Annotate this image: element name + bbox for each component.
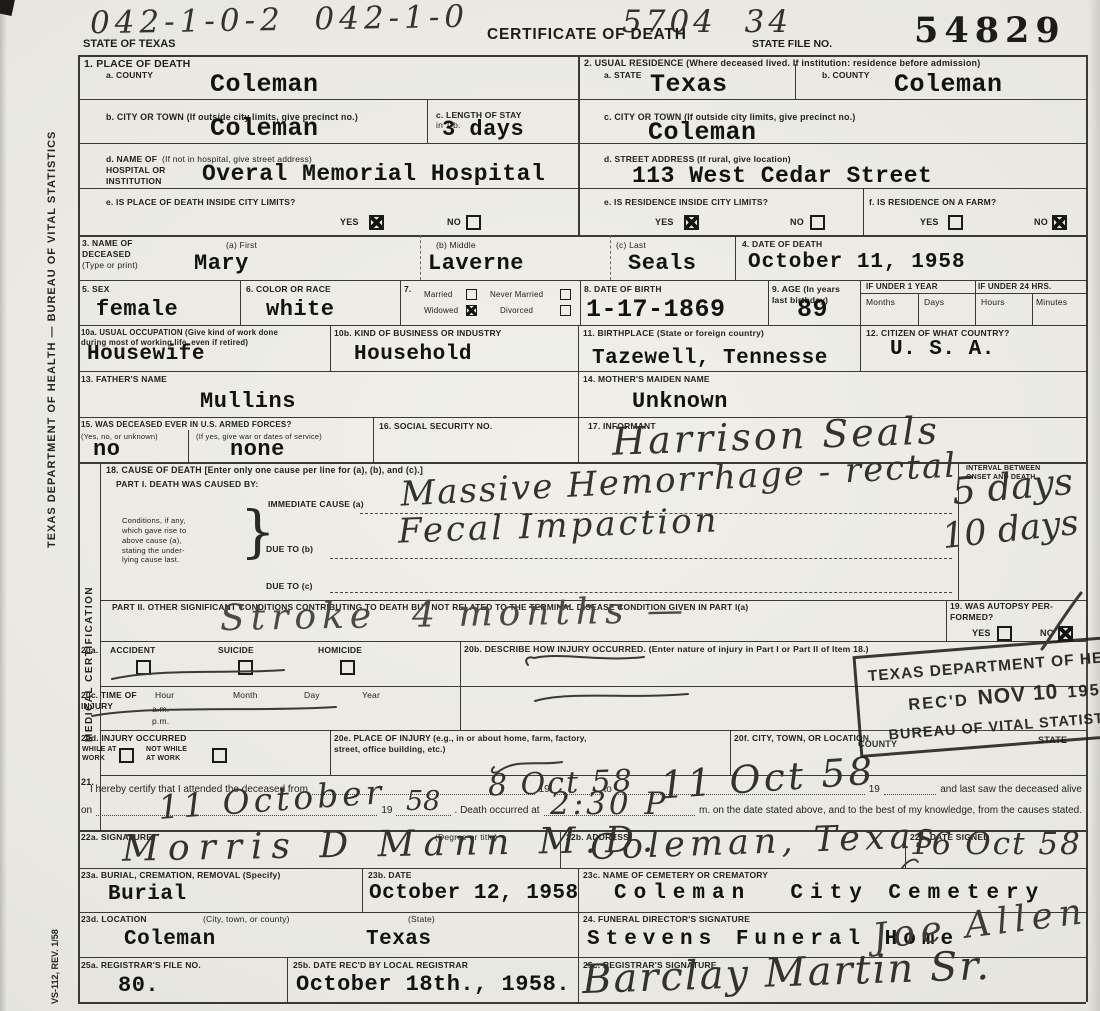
location-city-value: Coleman <box>124 928 216 951</box>
part2-value: Stroke 4 months — <box>220 590 690 639</box>
place-limits-yes-label: YES <box>340 217 359 229</box>
year-handwritten: 58 <box>406 786 440 817</box>
checkbox-residence-limits-yes <box>684 215 699 230</box>
grid-line <box>78 99 1086 100</box>
while-at-work-label: WHILE AT WORK <box>82 745 117 763</box>
cause-of-death-label: 18. CAUSE OF DEATH [Enter only one cause… <box>106 465 423 476</box>
checkbox-place-limits-no <box>466 215 481 230</box>
grid-line <box>400 280 401 325</box>
hour-label: Hour <box>155 690 174 701</box>
father-name-label: 13. FATHER'S NAME <box>81 374 167 385</box>
date-of-death-value: October 11, 1958 <box>748 251 966 274</box>
grid-line <box>330 325 331 371</box>
grid-line <box>78 55 1086 57</box>
grid-line <box>863 188 864 235</box>
location-state-hint: (State) <box>408 914 435 925</box>
item-20a-label: 20a. <box>81 645 98 656</box>
registrar-file-label: 25a. REGISTRAR'S FILE NO. <box>81 960 201 971</box>
state-file-number: 54829 <box>914 10 1066 51</box>
mother-name-value: Unknown <box>632 389 728 414</box>
grid-line <box>420 235 421 280</box>
registrar-date-value: October 18th., 1958. <box>296 972 570 997</box>
checkbox-farm-yes <box>948 215 963 230</box>
date-signed-handwritten: 16 Oct 58 <box>910 826 1082 862</box>
month-label: Month <box>233 690 258 701</box>
grid-line <box>78 280 1086 281</box>
cemetery-label: 23c. NAME OF CEMETERY OR CREMATORY <box>583 870 768 881</box>
grid-line <box>100 641 1086 642</box>
place-county-label: a. COUNTY <box>106 70 153 81</box>
residence-county-label: b. COUNTY <box>822 70 870 81</box>
grid-line <box>1032 293 1033 325</box>
grid-line <box>610 235 611 280</box>
farm-label: f. IS RESIDENCE ON A FARM? <box>869 197 996 208</box>
stamp-line2: REC'D NOV 10 1958 <box>907 676 1100 716</box>
part1-label: PART I. DEATH WAS CAUSED BY: <box>116 479 259 490</box>
checkbox-married <box>466 289 477 300</box>
occupation-value: Housewife <box>87 343 205 366</box>
hospital-label: d. NAME OF HOSPITAL OR INSTITUTION <box>106 154 166 187</box>
grid-line <box>1086 55 1088 1002</box>
farm-no-label: NO <box>1034 217 1048 229</box>
conditions-brace: } <box>240 500 276 565</box>
days-label: Days <box>924 297 944 308</box>
grid-line <box>578 417 579 462</box>
checkbox-accident <box>136 660 151 675</box>
last-name-value: Seals <box>628 251 697 276</box>
certify-text-6: on <box>81 805 92 816</box>
fill-line <box>330 558 952 559</box>
grid-line <box>427 99 428 143</box>
state-of-texas-label: STATE OF TEXAS <box>83 38 176 50</box>
medical-certification-vertical: MEDICAL CERTIFICATION <box>84 586 95 742</box>
location-city-hint: (City, town, or county) <box>203 914 290 925</box>
checkbox-not-while-at-work <box>212 748 227 763</box>
grid-line <box>975 280 976 325</box>
grid-line <box>768 280 769 325</box>
attended-to-handwritten: 11 Oct 58 <box>659 749 877 808</box>
grid-line <box>373 417 374 462</box>
stamp-year: 1958 <box>1067 680 1100 702</box>
residence-limits-yes-label: YES <box>655 217 674 229</box>
first-name-value: Mary <box>194 251 249 276</box>
grid-line <box>78 868 1086 869</box>
hours-label: Hours <box>981 297 1005 308</box>
stamp-recd: REC'D <box>908 691 970 715</box>
grid-line <box>735 235 736 280</box>
grid-line <box>100 462 101 830</box>
checkbox-farm-no <box>1052 215 1067 230</box>
grid-line <box>918 293 919 325</box>
burial-date-value: October 12, 1958 <box>369 882 579 905</box>
farm-yes-label: YES <box>920 217 939 229</box>
margin-form-code: VS-112, REV. 1/58 <box>50 929 60 1004</box>
date-of-birth-value: 1-17-1869 <box>586 295 726 324</box>
armed-forces-service-value: none <box>230 437 285 462</box>
immediate-cause-label: IMMEDIATE CAUSE (a) <box>268 499 364 510</box>
divorced-label: Divorced <box>500 306 533 316</box>
registrar-file-value: 80. <box>118 973 159 998</box>
months-label: Months <box>866 297 895 308</box>
describe-injury-label: 20b. DESCRIBE HOW INJURY OCCURRED. (Ente… <box>464 644 869 655</box>
physician-signature: Morris D Mann M.D. <box>122 819 663 869</box>
injury-20b-stroke <box>526 656 644 665</box>
stamp-date: NOV 10 <box>977 680 1059 710</box>
burial-date-label: 23b. DATE <box>368 870 412 881</box>
sex-value: female <box>96 297 178 322</box>
funeral-director-label: 24. FUNERAL DIRECTOR'S SIGNATURE <box>583 914 750 925</box>
checkbox-place-limits-yes <box>369 215 384 230</box>
residence-limits-label: e. IS RESIDENCE INSIDE CITY LIMITS? <box>604 197 768 208</box>
accident-label: ACCIDENT <box>110 645 156 656</box>
hospital-value: Overal Memorial Hospital <box>202 161 545 187</box>
autopsy-label: 19. WAS AUTOPSY PER- FORMED? <box>950 601 1053 623</box>
widowed-label: Widowed <box>424 306 458 316</box>
grid-line <box>860 293 1086 294</box>
not-while-at-work-label: NOT WHILE AT WORK <box>146 745 187 763</box>
injury-occurred-label: 20d. INJURY OCCURRED <box>81 733 187 744</box>
industry-value: Household <box>354 343 472 366</box>
first-name-label: (a) First <box>226 240 257 251</box>
due-to-b-label: DUE TO (b) <box>266 544 313 555</box>
middle-name-label: (b) Middle <box>436 240 476 251</box>
time-of-injury-label: 20c. TIME OF INJURY <box>81 690 137 712</box>
grid-line <box>240 280 241 325</box>
place-of-injury-label: 20e. PLACE OF INJURY (e.g., in or about … <box>334 733 587 755</box>
citizen-value: U. S. A. <box>890 338 995 361</box>
residence-limits-no-label: NO <box>790 217 804 229</box>
checkbox-widowed <box>466 305 477 316</box>
birthplace-label: 11. BIRTHPLACE (State or foreign country… <box>583 328 764 339</box>
year-label: Year <box>362 690 380 701</box>
last-name-label: (c) Last <box>616 240 646 251</box>
grid-line <box>78 143 1086 144</box>
street-address-value: 113 West Cedar Street <box>632 163 932 189</box>
grid-line <box>460 641 461 730</box>
married-label: Married <box>424 290 453 300</box>
length-of-stay-value: 3 days <box>442 117 524 142</box>
injury-city-label: 20f. CITY, TOWN, OR LOCATION <box>734 733 869 744</box>
place-limits-label: e. IS PLACE OF DEATH INSIDE CITY LIMITS? <box>106 197 296 208</box>
due-to-c-label: DUE TO (c) <box>266 581 313 592</box>
ssn-label: 16. SOCIAL SECURITY NO. <box>379 421 492 432</box>
autopsy-no-label: NO <box>1040 628 1054 640</box>
grid-line <box>78 55 80 1002</box>
burial-label: 23a. BURIAL, CREMATION, REMOVAL (Specify… <box>81 870 280 881</box>
fill-blank <box>884 782 936 795</box>
death-time-handwritten: 2:30 P <box>550 786 668 822</box>
grid-line <box>578 371 579 417</box>
suicide-label: SUICIDE <box>218 645 254 656</box>
residence-state-label: a. STATE <box>604 70 642 81</box>
received-stamp: TEXAS DEPARTMENT OF HEALTH REC'D NOV 10 … <box>852 632 1100 758</box>
grid-line <box>287 957 288 1002</box>
industry-label: 10b. KIND OF BUSINESS OR INDUSTRY <box>334 328 501 339</box>
race-value: white <box>266 297 335 322</box>
marital-label: 7. <box>404 284 412 295</box>
pm-label: p.m. <box>152 716 169 727</box>
residence-city-value: Coleman <box>648 118 757 147</box>
place-county-value: Coleman <box>210 70 319 99</box>
minutes-label: Minutes <box>1036 297 1067 308</box>
residence-county-value: Coleman <box>894 70 1003 99</box>
burial-value: Burial <box>108 883 187 906</box>
certificate-title: CERTIFICATE OF DEATH <box>487 26 687 44</box>
checkbox-divorced <box>560 305 571 316</box>
death-certificate-scan: TEXAS DEPARTMENT OF HEALTH — BUREAU OF V… <box>0 0 1100 1011</box>
residence-state-value: Texas <box>650 70 728 99</box>
middle-name-value: Laverne <box>428 251 524 276</box>
birthplace-value: Tazewell, Tennesse <box>592 347 828 370</box>
checkbox-autopsy-yes <box>997 626 1012 641</box>
cemetery-value: Coleman City Cemetery <box>614 882 1045 905</box>
checkbox-suicide <box>238 660 253 675</box>
checkbox-never-married <box>560 289 571 300</box>
grid-line <box>578 55 580 235</box>
grid-line <box>578 325 579 371</box>
date-of-birth-label: 8. DATE OF BIRTH <box>584 284 662 295</box>
deceased-name-label: 3. NAME OF DECEASED <box>82 238 133 260</box>
certify-text-8: . Death occurred at <box>455 805 540 816</box>
margin-department-text: TEXAS DEPARTMENT OF HEALTH — BUREAU OF V… <box>46 131 58 548</box>
place-limits-no-label: NO <box>447 217 461 229</box>
grid-line <box>78 325 1086 326</box>
deceased-name-hint: (Type or print) <box>82 260 138 271</box>
grid-line <box>78 235 1086 237</box>
location-state-value: Texas <box>366 928 432 951</box>
armed-forces-label: 15. WAS DECEASED EVER IN U.S. ARMED FORC… <box>81 420 292 430</box>
if-under-24-hrs-label: IF UNDER 24 HRS. <box>978 282 1051 292</box>
checkbox-residence-limits-no <box>810 215 825 230</box>
grid-line <box>580 280 581 325</box>
grid-line <box>860 280 861 325</box>
residence-title: 2. USUAL RESIDENCE (Where deceased lived… <box>584 58 980 70</box>
grid-line <box>188 430 189 462</box>
handwritten-code-left: 042-1-0-2 042-1-0 <box>90 0 470 41</box>
never-married-label: Never Married <box>490 290 543 300</box>
registrar-date-label: 25b. DATE REC'D BY LOCAL REGISTRAR <box>293 960 468 971</box>
conditions-note: Conditions, if any, which gave rise to a… <box>122 516 186 565</box>
date-of-death-label: 4. DATE OF DEATH <box>742 239 822 250</box>
grid-line <box>362 868 363 912</box>
injury-20c-stroke-2 <box>535 694 688 701</box>
location-label: 23d. LOCATION <box>81 914 147 925</box>
day-label: Day <box>304 690 320 701</box>
autopsy-yes-label: YES <box>972 628 991 640</box>
armed-forces-value: no <box>93 437 120 462</box>
grid-line <box>78 371 1086 372</box>
age-value: 89 <box>797 295 828 324</box>
grid-line <box>78 188 1086 189</box>
sex-label: 5. SEX <box>82 284 110 295</box>
state-file-no-label: STATE FILE NO. <box>752 38 832 50</box>
place-city-value: Coleman <box>210 114 319 143</box>
checkbox-while-at-work <box>119 748 134 763</box>
checkbox-homicide <box>340 660 355 675</box>
grid-line <box>860 325 861 371</box>
last-seen-date-handwritten: 11 October <box>157 772 387 827</box>
grid-line <box>330 730 331 775</box>
father-name-value: Mullins <box>200 389 296 414</box>
grid-line <box>946 600 947 641</box>
scan-corner-mark <box>0 0 16 16</box>
certify-text-5: and last saw the deceased alive <box>940 784 1082 795</box>
mother-name-label: 14. MOTHER'S MAIDEN NAME <box>583 374 710 385</box>
if-under-1-year-label: IF UNDER 1 YEAR <box>866 282 938 292</box>
registrar-signature: Barclay Martin Sr. <box>581 943 991 1003</box>
am-label: a.m. <box>152 704 169 715</box>
race-label: 6. COLOR OR RACE <box>246 284 331 295</box>
certify-text-9: m. on the date stated above, and to the … <box>699 805 1082 816</box>
homicide-label: HOMICIDE <box>318 645 362 656</box>
